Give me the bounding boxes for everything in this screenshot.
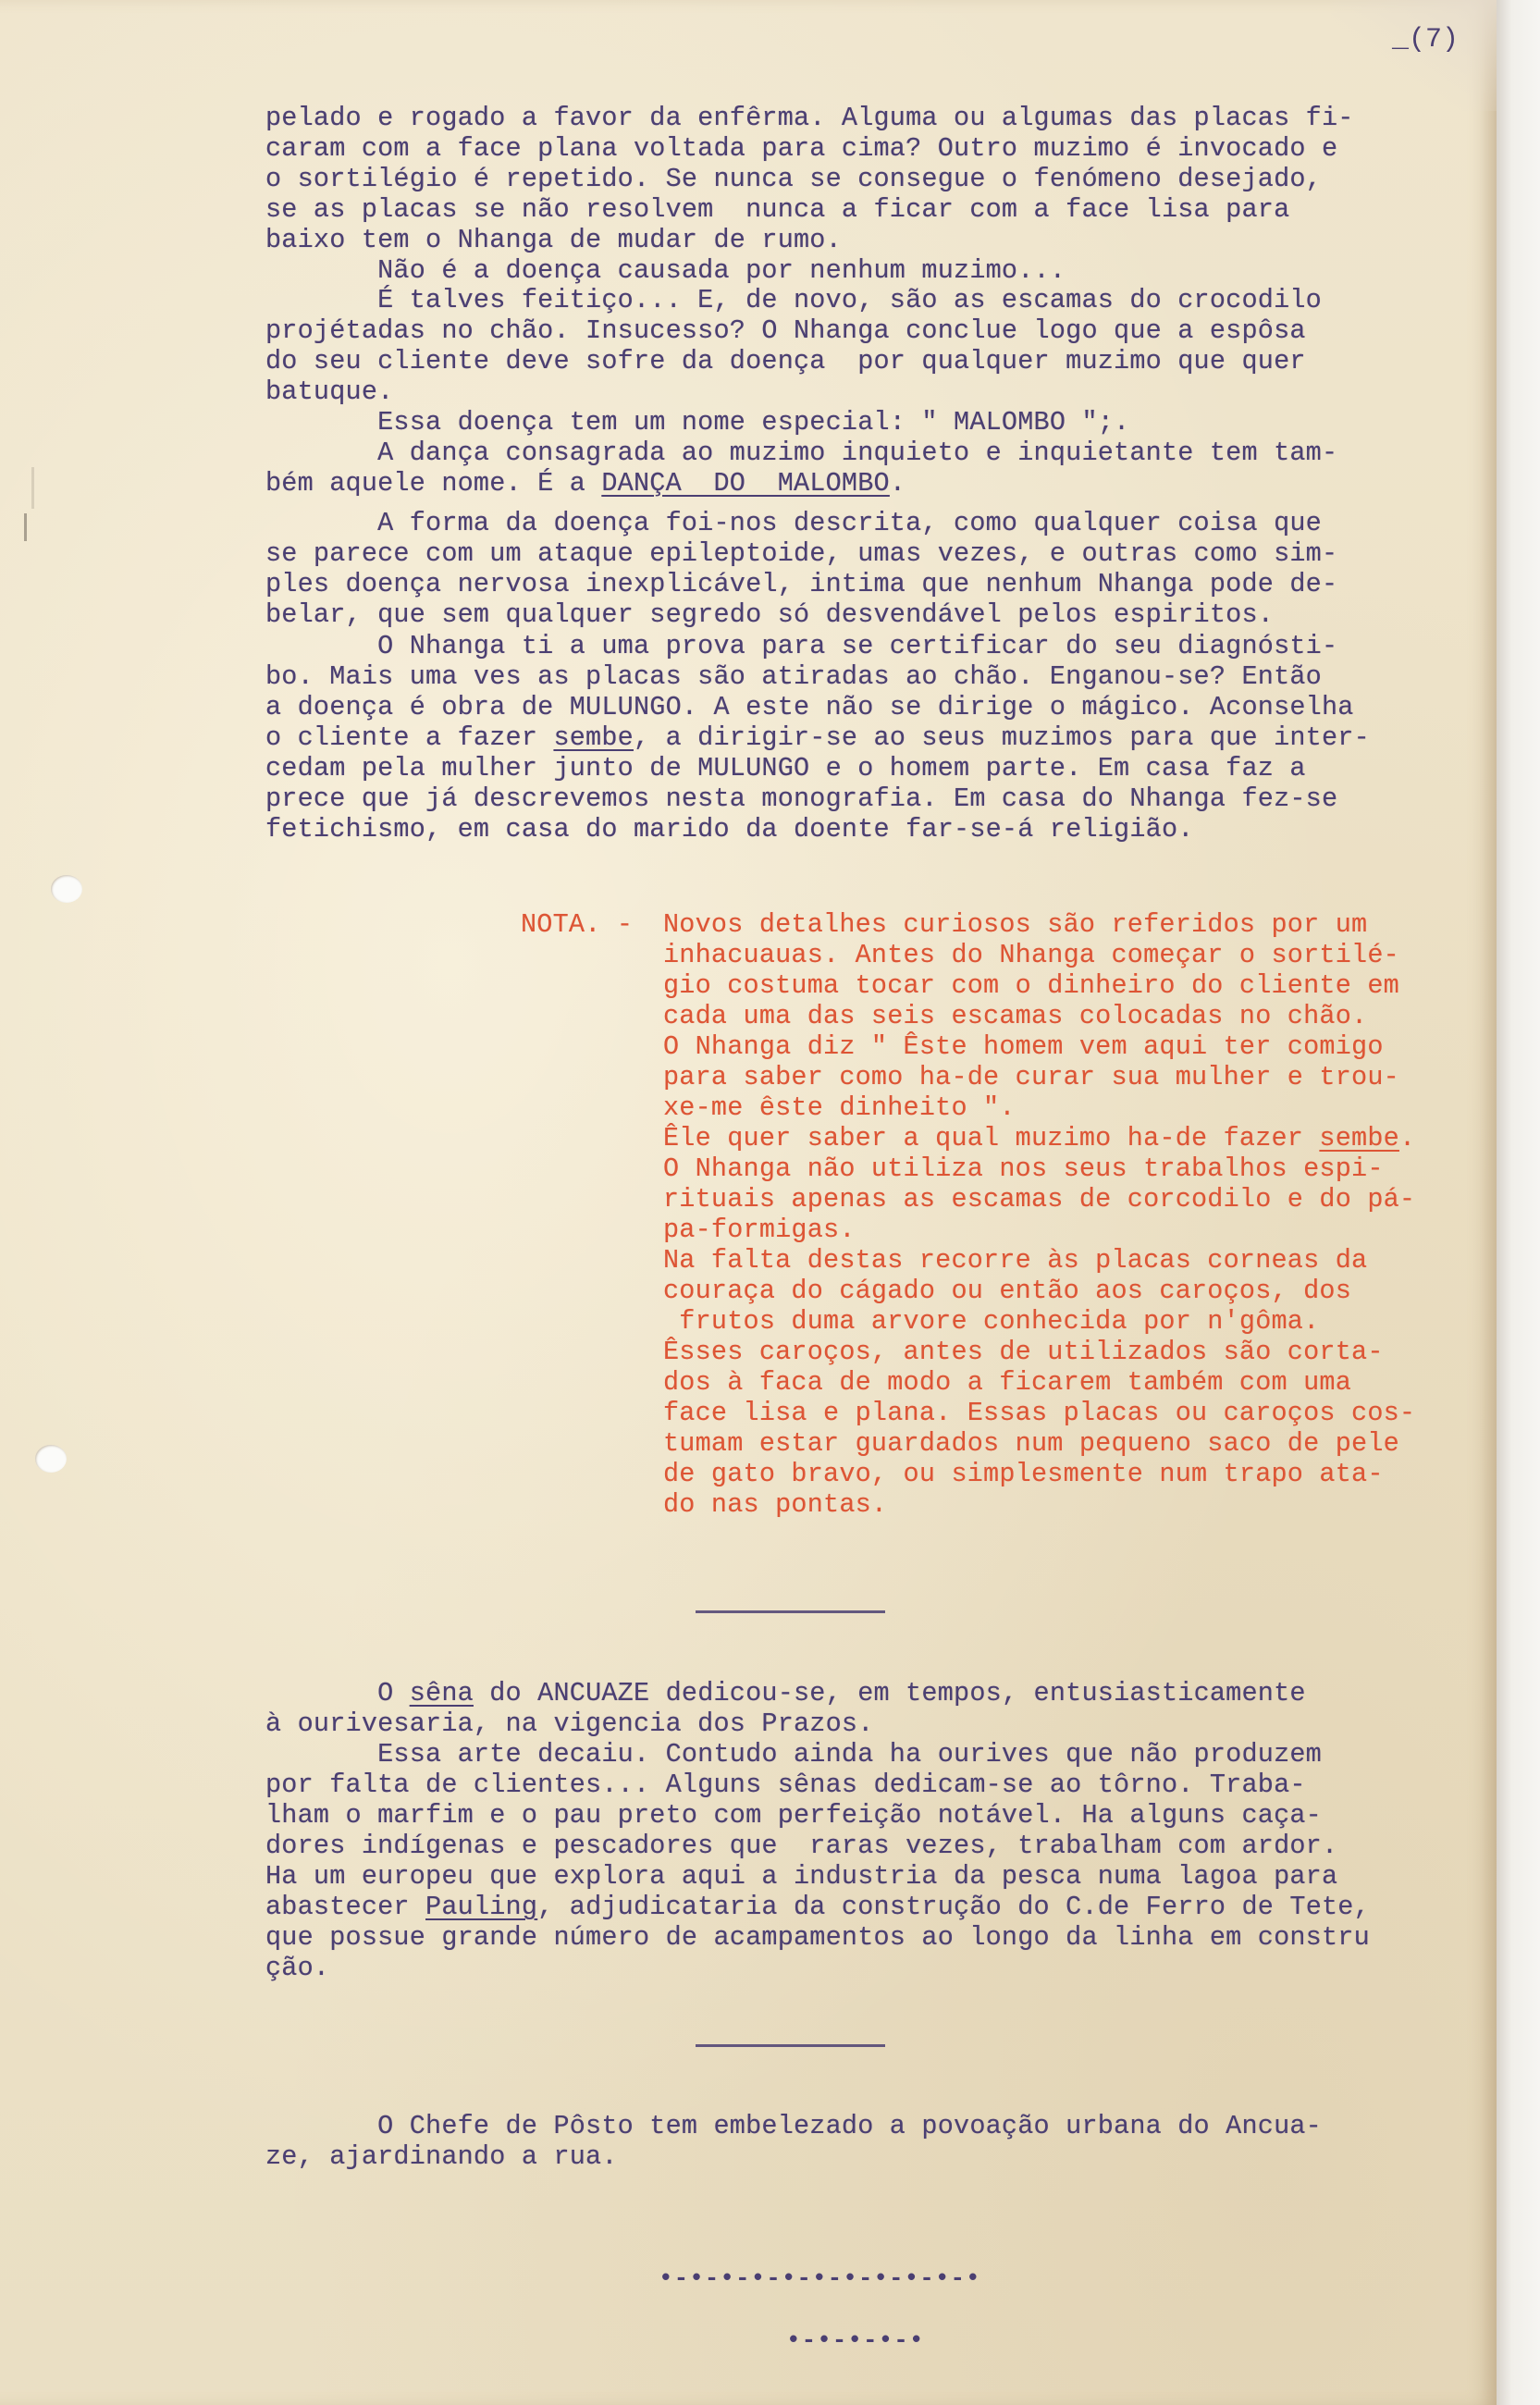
punch-hole-upper [51,875,82,903]
text-segment: bém aquele nome. É a [265,468,601,499]
page-number: _(7) [1392,24,1459,55]
note-line: de gato bravo, ou simplesmente num trapo… [663,1460,1384,1490]
note-line: para saber como ha-de curar sua mulher e… [663,1063,1399,1093]
note-line: rituais apenas as escamas de corcodilo e… [663,1185,1415,1215]
text-line: batuque. [265,377,393,408]
text-segment: abastecer [265,1892,425,1922]
text-line: caram com a face plana voltada para cima… [265,134,1337,165]
text-line: A forma da doença foi-nos descrita, como… [265,509,1322,539]
note-line: Êle quer saber a qual muzimo ha-de fazer… [663,1124,1415,1154]
text-line: A dança consagrada ao muzimo inquieto e … [265,438,1337,469]
note-line: O Nhanga não utiliza nos seus trabalhos … [663,1154,1384,1185]
underlined-term-sembe: sembe [1319,1123,1399,1153]
note-line: tumam estar guardados num pequeno saco d… [663,1429,1399,1460]
text-segment: O [265,1678,410,1708]
text-line: O Chefe de Pôsto tem embelezado a povoaç… [265,2112,1322,2142]
text-line: o sortilégio é repetido. Se nunca se con… [265,165,1322,195]
section-separator [696,1610,885,1613]
text-line: se parece com um ataque epileptoide, uma… [265,539,1337,570]
note-line: pa-formigas. [663,1215,856,1246]
text-line: cedam pela mulher junto de MULUNGO e o h… [265,754,1306,784]
text-line: O sêna do ANCUAZE dedicou-se, em tempos,… [265,1679,1306,1709]
text-line: bém aquele nome. É a DANÇA DO MALOMBO. [265,469,906,499]
text-segment: do ANCUAZE dedicou-se, em tempos, entusi… [474,1678,1306,1708]
text-segment: o cliente a fazer [265,722,553,753]
text-line: do seu cliente deve sofre da doença por … [265,347,1306,377]
text-line: ze, ajardinando a rua. [265,2142,618,2173]
document-page: _(7) pelado e rogado a favor da enfêrma.… [0,0,1497,2405]
underlined-term-danca-do-malombo: DANÇA DO MALOMBO [601,468,889,499]
note-line: inhacuauas. Antes do Nhanga começar o so… [663,941,1399,971]
text-line: O Nhanga ti a uma prova para se certific… [265,632,1337,662]
note-line: Na falta destas recorre às placas cornea… [663,1246,1367,1276]
text-line: lham o marfim e o pau preto com perfeiçã… [265,1801,1322,1831]
text-line: pelado e rogado a favor da enfêrma. Algu… [265,104,1354,134]
text-line: projétadas no chão. Insucesso? O Nhanga … [265,316,1306,347]
text-segment: . [1399,1123,1415,1153]
note-line: xe-me êste dinheito ". [663,1093,1016,1124]
text-line: bo. Mais uma ves as placas são atiradas … [265,662,1322,693]
margin-mark [31,467,34,509]
text-line: belar, que sem qualquer segredo só desve… [265,600,1274,631]
text-line: fetichismo, em casa do marido da doente … [265,815,1194,845]
text-line: Ha um europeu que explora aqui a industr… [265,1862,1337,1893]
note-line: face lisa e plana. Essas placas ou caroç… [663,1399,1415,1429]
text-line: baixo tem o Nhanga de mudar de rumo. [265,226,842,256]
text-line: dores indígenas e pescadores que raras v… [265,1831,1337,1862]
text-line: por falta de clientes... Alguns sênas de… [265,1770,1306,1801]
text-segment: , a dirigir-se ao seus muzimos para que … [634,722,1370,753]
text-segment: , adjudicataria da construção do C.de Fe… [537,1892,1370,1922]
note-line: frutos duma arvore conhecida por n'gôma. [663,1307,1319,1338]
text-line: à ourivesaria, na vigencia dos Prazos. [265,1709,874,1740]
underlined-term-pauling: Pauling [425,1892,537,1922]
text-segment: . [890,468,906,499]
text-line: o cliente a fazer sembe, a dirigir-se ao… [265,723,1370,754]
note-line: Novos detalhes curiosos são referidos po… [663,910,1367,941]
text-line: prece que já descrevemos nesta monografi… [265,784,1337,815]
scan-edge [1497,0,1540,2405]
text-line: abastecer Pauling, adjudicataria da cons… [265,1893,1370,1923]
note-line: gio costuma tocar com o dinheiro do clie… [663,971,1399,1002]
text-line: ção. [265,1954,329,1984]
section-separator [696,2044,885,2047]
text-line: ples doença nervosa inexplicável, intima… [265,570,1337,600]
note-line: do nas pontas. [663,1490,887,1521]
text-line: Essa arte decaiu. Contudo ainda ha ouriv… [265,1740,1322,1770]
text-line: se as placas se não resolvem nunca a fic… [265,195,1289,226]
closing-ornament-long: •-•-•-•-•-•-•-•-•-•-• [659,2264,981,2292]
note-line: dos à faca de modo a ficarem também com … [663,1368,1351,1399]
text-line: Não é a doença causada por nenhum muzimo… [265,256,1066,287]
text-line: a doença é obra de MULUNGO. A este não s… [265,693,1354,723]
note-label: NOTA. - [521,910,648,941]
closing-ornament-short: •-•-•-•-• [786,2326,924,2354]
note-line: O Nhanga diz " Êste homem vem aqui ter c… [663,1032,1384,1063]
margin-mark [24,513,27,541]
text-line: que possue grande número de acampamentos… [265,1923,1370,1954]
text-line: Essa doença tem um nome especial: " MALO… [265,408,1129,438]
note-line: Êsses caroços, antes de utilizados são c… [663,1338,1384,1368]
text-segment: Êle quer saber a qual muzimo ha-de fazer [663,1123,1319,1153]
text-line: É talves feitiço... E, de novo, são as e… [265,286,1322,316]
note-line: cada uma das seis escamas colocadas no c… [663,1002,1367,1032]
note-line: couraça do cágado ou então aos caroços, … [663,1276,1351,1307]
underlined-term-sena: sêna [410,1678,474,1708]
underlined-term-sembe: sembe [553,722,634,753]
punch-hole-lower [35,1445,67,1473]
